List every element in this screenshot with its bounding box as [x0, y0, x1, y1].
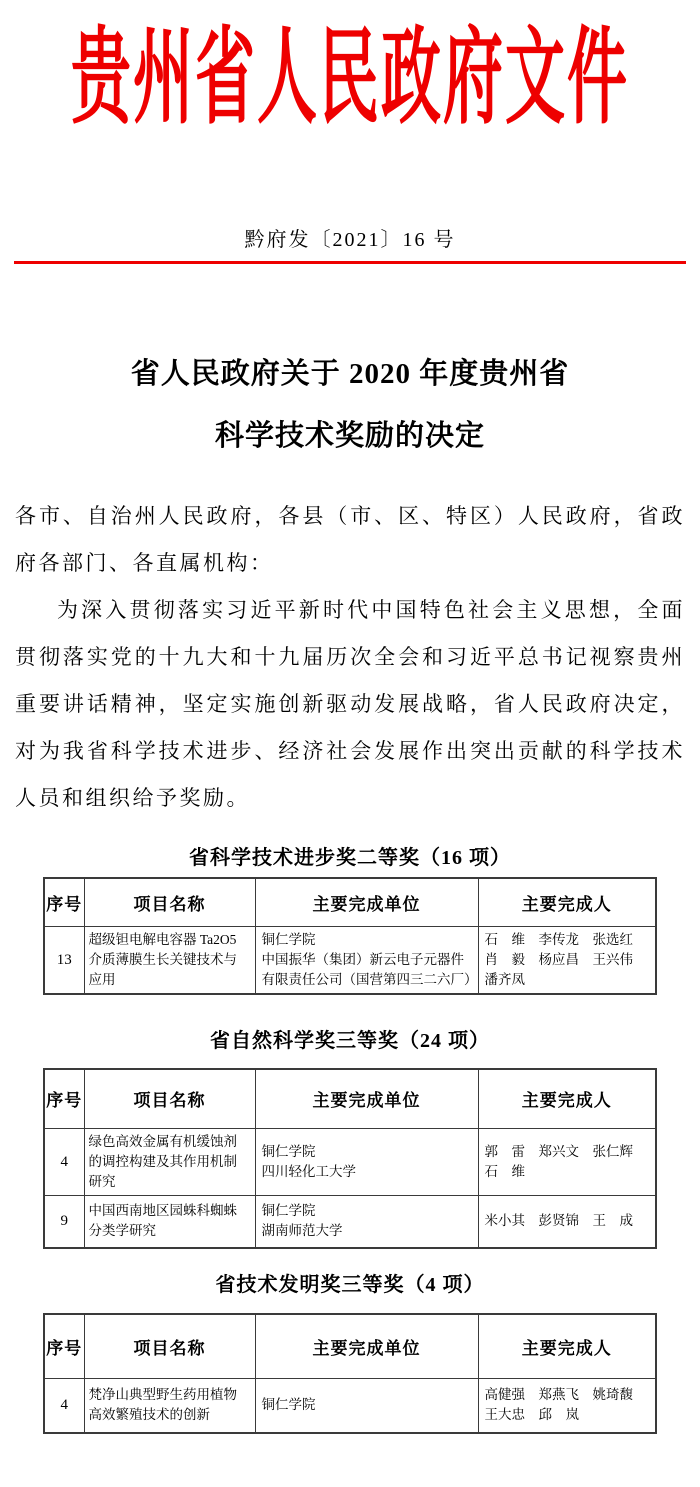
- col-header-units: 主要完成单位: [255, 1069, 478, 1128]
- cell-units: 铜仁学院 四川轻化工大学: [255, 1128, 478, 1195]
- masthead-title: 贵州省人民政府文件: [71, 26, 629, 131]
- cell-no: 4: [44, 1128, 84, 1195]
- table-header-row: 序号 项目名称 主要完成单位 主要完成人: [44, 878, 656, 926]
- col-header-no: 序号: [44, 1314, 84, 1378]
- section-heading-natural-science-award: 省自然科学奖三等奖（24 项）: [0, 1028, 700, 1054]
- table-row: 13 超级钽电解电容器 Ta2O5 介质薄膜生长关键技术与 应用 铜仁学院 中国…: [44, 926, 656, 994]
- col-header-project: 项目名称: [84, 1314, 255, 1378]
- cell-people: 石 维 李传龙 张选红 肖 毅 杨应昌 王兴伟 潘齐凤: [478, 926, 656, 994]
- cell-no: 4: [44, 1378, 84, 1433]
- col-header-people: 主要完成人: [478, 1314, 656, 1378]
- title-line-2: 科学技术奖励的决定: [0, 405, 700, 467]
- masthead: 贵州省人民政府文件: [0, 26, 700, 86]
- body-paragraph: 为深入贯彻落实习近平新时代中国特色社会主义思想，全面贯彻落实党的十九大和十九届历…: [15, 587, 685, 822]
- cell-people: 郭 雷 郑兴文 张仁辉 石 维: [478, 1128, 656, 1195]
- cell-project: 绿色高效金属有机缓蚀剂 的调控构建及其作用机制 研究: [84, 1128, 255, 1195]
- document-page: 贵州省人民政府文件 黔府发〔2021〕16 号 省人民政府关于 2020 年度贵…: [0, 0, 700, 1487]
- awards-table-natural-science: 序号 项目名称 主要完成单位 主要完成人 4 绿色高效金属有机缓蚀剂 的调控构建…: [43, 1068, 657, 1249]
- awards-table-invention: 序号 项目名称 主要完成单位 主要完成人 4 梵净山典型野生药用植物 高效繁殖技…: [43, 1313, 657, 1434]
- col-header-people: 主要完成人: [478, 878, 656, 926]
- document-body: 各市、自治州人民政府，各县（市、区、特区）人民政府，省政府各部门、各直属机构： …: [15, 493, 685, 822]
- cell-units: 铜仁学院: [255, 1378, 478, 1433]
- col-header-units: 主要完成单位: [255, 878, 478, 926]
- section-heading-invention-award: 省技术发明奖三等奖（4 项）: [0, 1272, 700, 1298]
- document-title: 省人民政府关于 2020 年度贵州省 科学技术奖励的决定: [0, 343, 700, 467]
- cell-people: 米小其 彭贤锦 王 成: [478, 1195, 656, 1248]
- col-header-units: 主要完成单位: [255, 1314, 478, 1378]
- col-header-project: 项目名称: [84, 878, 255, 926]
- cell-units: 铜仁学院 湖南师范大学: [255, 1195, 478, 1248]
- cell-no: 9: [44, 1195, 84, 1248]
- cell-people: 高健强 郑燕飞 姚琦馥 王大忠 邱 岚: [478, 1378, 656, 1433]
- cell-units: 铜仁学院 中国振华（集团）新云电子元器件 有限责任公司（国营第四三二六厂）: [255, 926, 478, 994]
- awards-table-progress: 序号 项目名称 主要完成单位 主要完成人 13 超级钽电解电容器 Ta2O5 介…: [43, 877, 657, 995]
- table-row: 4 梵净山典型野生药用植物 高效繁殖技术的创新 铜仁学院 高健强 郑燕飞 姚琦馥…: [44, 1378, 656, 1433]
- title-line-1: 省人民政府关于 2020 年度贵州省: [0, 343, 700, 405]
- cell-project: 梵净山典型野生药用植物 高效繁殖技术的创新: [84, 1378, 255, 1433]
- salutation: 各市、自治州人民政府，各县（市、区、特区）人民政府，省政府各部门、各直属机构：: [15, 493, 685, 587]
- cell-no: 13: [44, 926, 84, 994]
- col-header-no: 序号: [44, 1069, 84, 1128]
- red-divider-rule: [14, 261, 686, 264]
- table-row: 4 绿色高效金属有机缓蚀剂 的调控构建及其作用机制 研究 铜仁学院 四川轻化工大…: [44, 1128, 656, 1195]
- doc-number: 黔府发〔2021〕16 号: [0, 228, 700, 252]
- table-header-row: 序号 项目名称 主要完成单位 主要完成人: [44, 1069, 656, 1128]
- section-heading-progress-award: 省科学技术进步奖二等奖（16 项）: [0, 845, 700, 871]
- col-header-project: 项目名称: [84, 1069, 255, 1128]
- table-row: 9 中国西南地区园蛛科蜘蛛 分类学研究 铜仁学院 湖南师范大学 米小其 彭贤锦 …: [44, 1195, 656, 1248]
- cell-project: 中国西南地区园蛛科蜘蛛 分类学研究: [84, 1195, 255, 1248]
- cell-project: 超级钽电解电容器 Ta2O5 介质薄膜生长关键技术与 应用: [84, 926, 255, 994]
- table-header-row: 序号 项目名称 主要完成单位 主要完成人: [44, 1314, 656, 1378]
- col-header-people: 主要完成人: [478, 1069, 656, 1128]
- col-header-no: 序号: [44, 878, 84, 926]
